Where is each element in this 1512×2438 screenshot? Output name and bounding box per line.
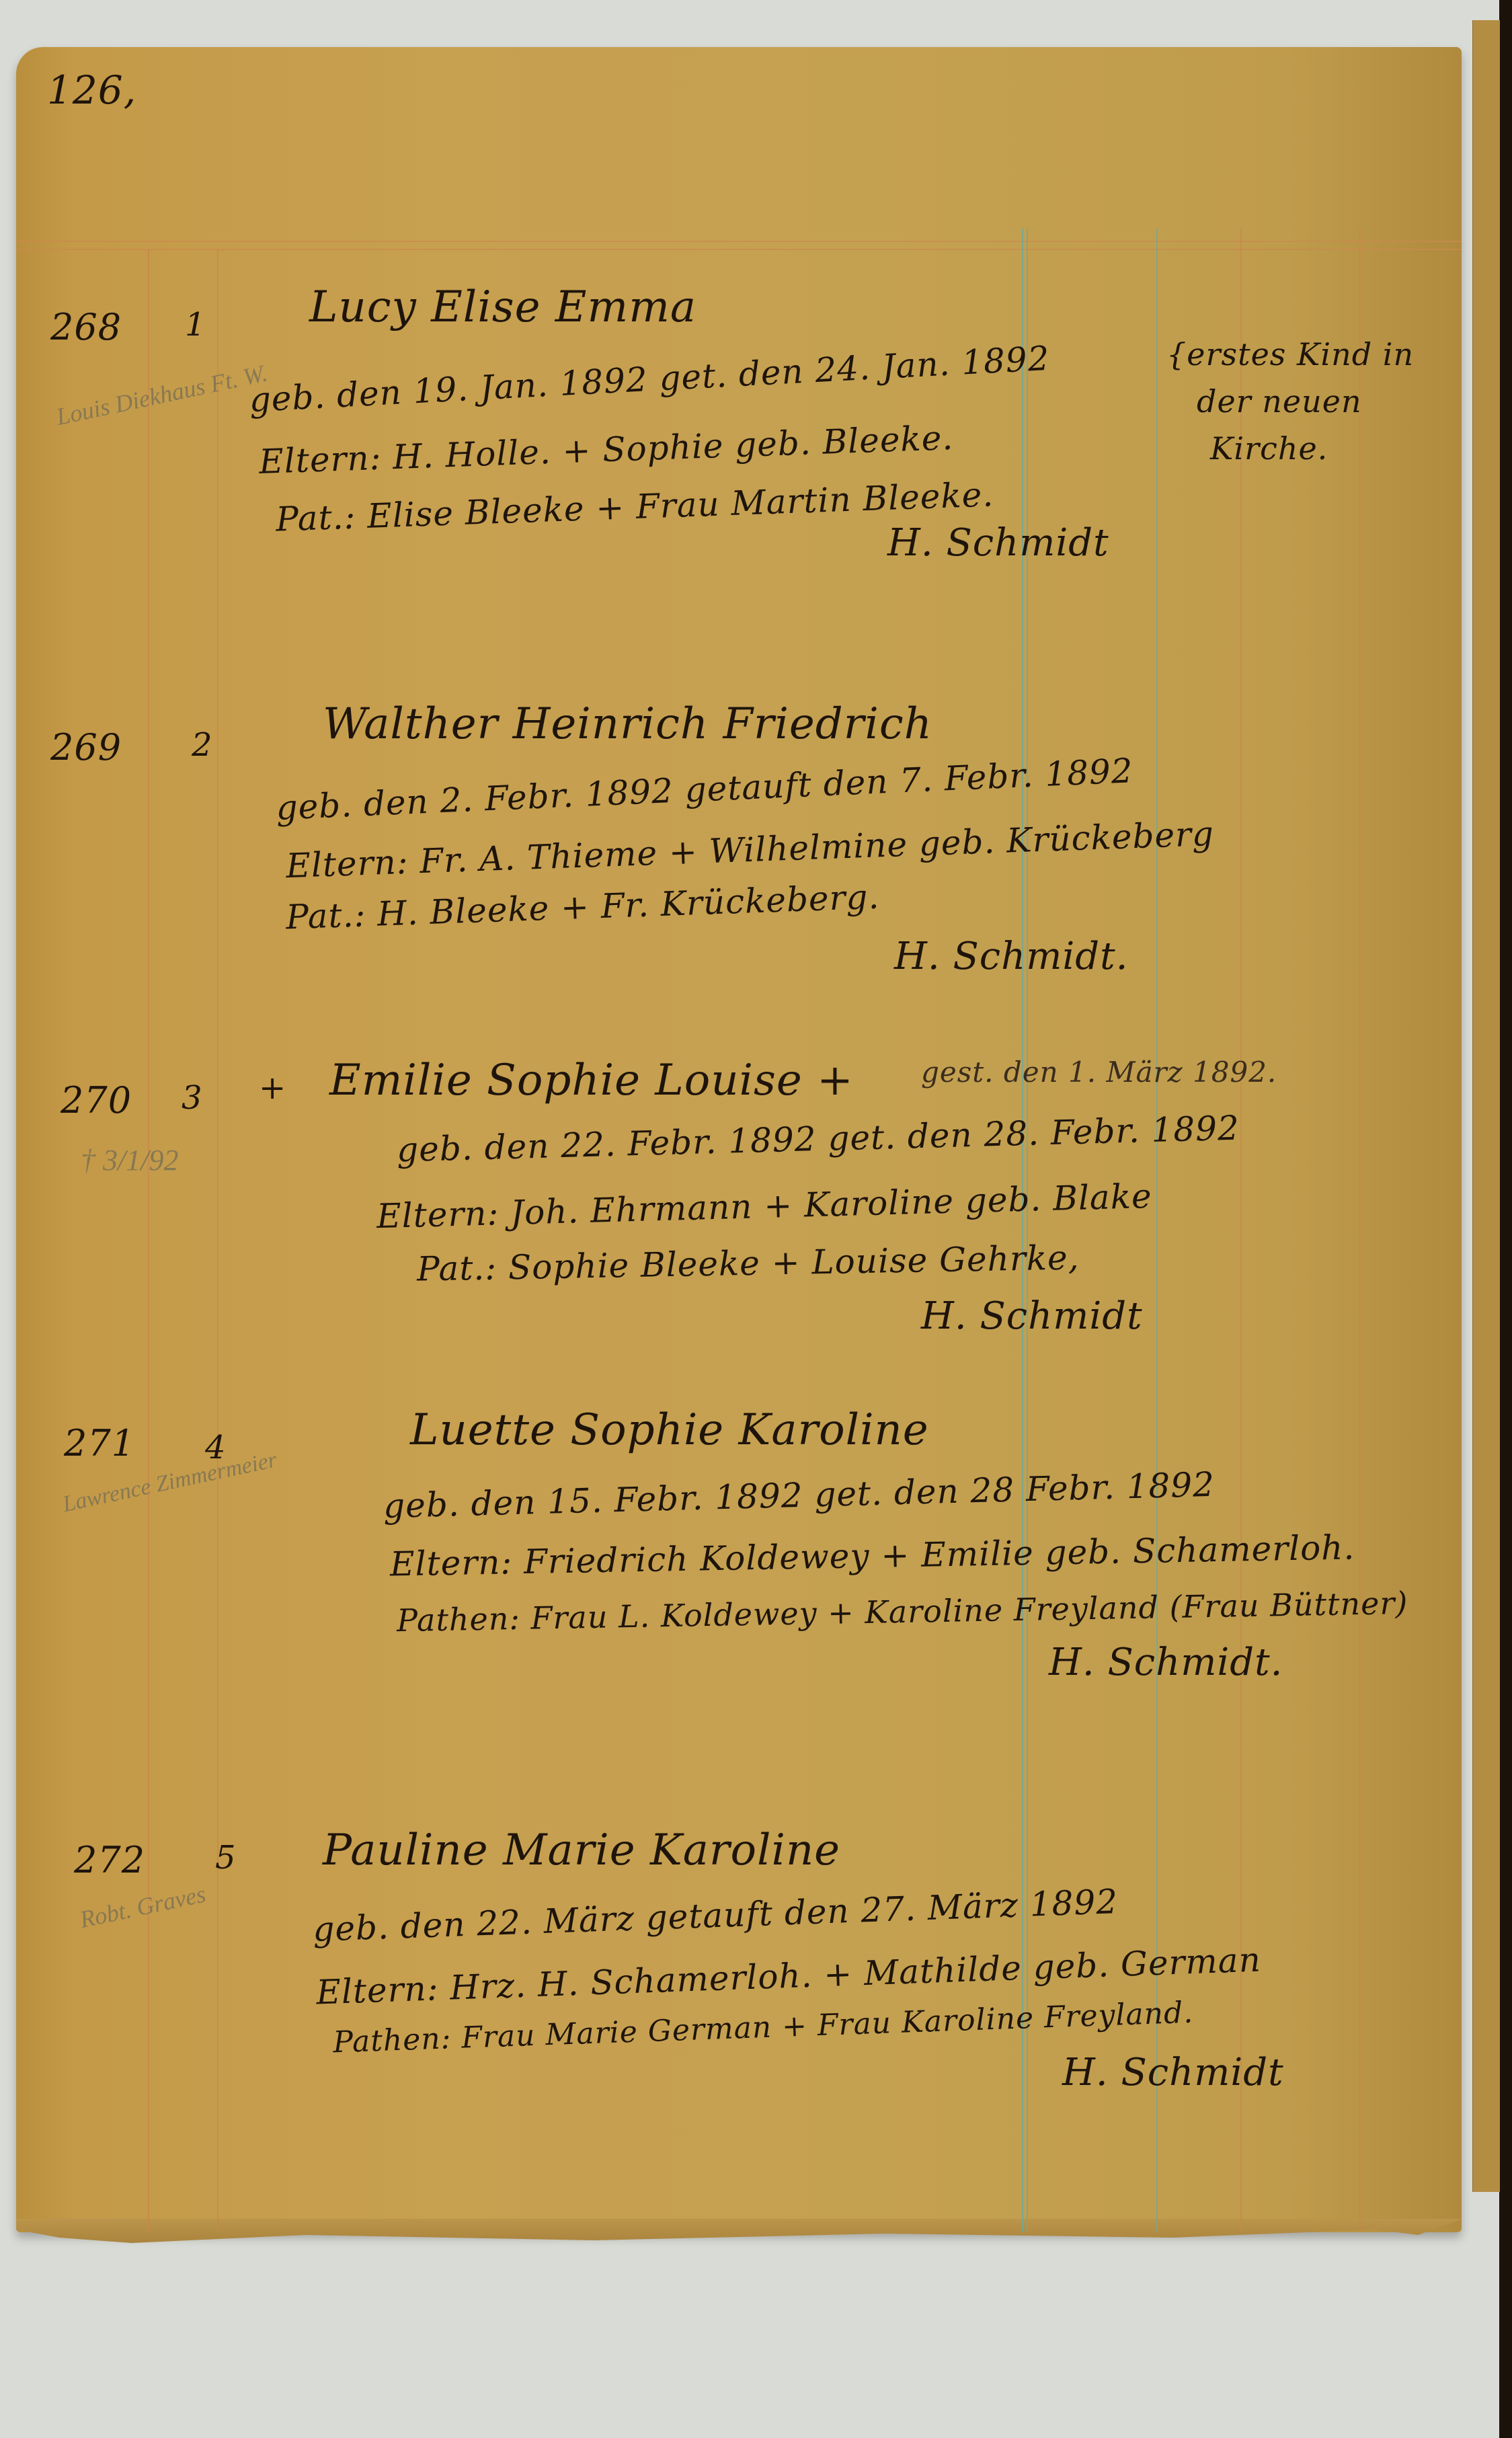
child-name: Emilie Sophie Louise +	[329, 1056, 854, 1105]
column-rule-red-4	[1359, 229, 1361, 2232]
death-note: gest. den 1. März 1892.	[921, 1056, 1277, 1089]
pastor-signature: H. Schmidt	[921, 1294, 1143, 1338]
pencil-note: † 3/1/92	[81, 1143, 178, 1177]
header-rule-bottom	[16, 249, 1462, 250]
register-number: 272	[74, 1839, 145, 1881]
register-number: 271	[64, 1422, 135, 1464]
remark-line-1: {erstes Kind in	[1166, 336, 1414, 372]
sequence-number: 5	[215, 1839, 237, 1877]
pastor-signature: H. Schmidt	[1062, 2051, 1284, 2094]
child-name: Pauline Marie Karoline	[323, 1825, 840, 1875]
sequence-number: 1	[185, 306, 206, 344]
pastor-signature: H. Schmidt.	[1049, 1641, 1283, 1684]
sequence-number: 3	[182, 1079, 203, 1117]
pastor-signature: H. Schmidt	[887, 521, 1109, 565]
register-number: 270	[61, 1079, 132, 1122]
header-rule-top	[16, 241, 1462, 242]
register-number: 268	[50, 306, 122, 348]
adjacent-page-edge	[1472, 20, 1500, 2192]
sequence-number: 2	[192, 726, 213, 764]
child-name: Walther Heinrich Friedrich	[323, 699, 932, 749]
column-rule-teal-2	[1156, 229, 1158, 2232]
remark-line-3: Kirche.	[1210, 430, 1328, 467]
register-number: 269	[50, 726, 122, 769]
column-rule-register	[148, 249, 149, 2232]
column-rule-red-3	[1240, 229, 1242, 2232]
child-name: Luette Sophie Karoline	[410, 1405, 929, 1455]
child-name: Lucy Elise Emma	[309, 282, 697, 332]
background-edge	[1499, 0, 1512, 2438]
remark-line-2: der neuen	[1197, 383, 1362, 420]
torn-page-bottom	[16, 2219, 1462, 2246]
page-number: 126,	[47, 67, 136, 113]
death-cross-icon: +	[259, 1069, 286, 1107]
pastor-signature: H. Schmidt.	[894, 935, 1128, 978]
column-rule-seq	[217, 249, 218, 2232]
